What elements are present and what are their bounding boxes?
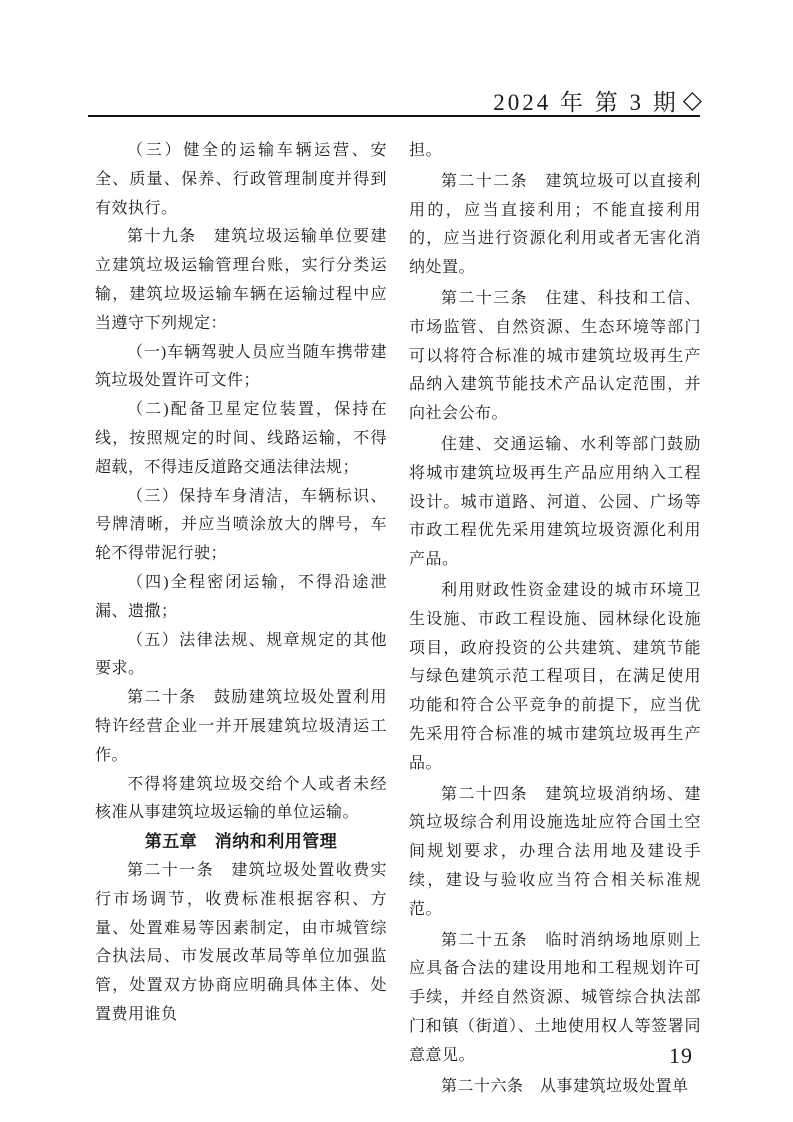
two-column-text-body: （三）健全的运输车辆运营、安全、质量、保养、行政管理制度并得到有效执行。 第十九… bbox=[95, 137, 701, 1103]
paragraph-article-25: 第二十五条 临时消纳场地原则上应具备合法的建设用地和工程规划许可手续，并经自然资… bbox=[409, 927, 701, 1071]
paragraph-article-20: 第二十条 鼓励建筑垃圾处置利用特许经营企业一并开展建筑垃圾清运工作。 bbox=[95, 684, 387, 770]
paragraph-article-26: 第二十六条 从事建筑垃圾处置单 bbox=[409, 1073, 701, 1102]
left-column: （三）健全的运输车辆运营、安全、质量、保养、行政管理制度并得到有效执行。 第十九… bbox=[95, 137, 387, 1103]
document-page: 2024 年 第 3 期 ◇ （三）健全的运输车辆运营、安全、质量、保养、行政管… bbox=[0, 0, 793, 1122]
paragraph-rule-2-gps: （二)配备卫星定位装置，保持在线，按照规定的时间、线路运输，不得超载，不得违反道… bbox=[95, 396, 387, 482]
paragraph-article-21-continuation: 担。 bbox=[409, 137, 701, 166]
paragraph-rule-1-driver-permit: （一)车辆驾驶人员应当随车携带建筑垃圾处置许可文件； bbox=[95, 339, 387, 397]
chapter-5-heading: 第五章 消纳和利用管理 bbox=[95, 828, 387, 857]
paragraph-article-20-continued: 不得将建筑垃圾交给个人或者未经核准从事建筑垃圾运输的单位运输。 bbox=[95, 771, 387, 829]
paragraph-rule-3-vehicle-clean: （三）保持车身清洁，车辆标识、号牌清晰，并应当喷涂放大的牌号，车轮不得带泥行驶； bbox=[95, 483, 387, 569]
paragraph-article-21: 第二十一条 建筑垃圾处置收费实行市场调节，收费标准根据容积、方量、处置难易等因素… bbox=[95, 857, 387, 1030]
right-column: 担。 第二十二条 建筑垃圾可以直接利用的，应当直接利用；不能直接利用的，应当进行… bbox=[409, 137, 701, 1103]
diamond-icon: ◇ bbox=[683, 88, 702, 113]
page-number: 19 bbox=[669, 1043, 693, 1069]
paragraph-article-22: 第二十二条 建筑垃圾可以直接利用的，应当直接利用；不能直接利用的，应当进行资源化… bbox=[409, 168, 701, 283]
paragraph-article-24: 第二十四条 建筑垃圾消纳场、建筑垃圾综合利用设施选址应符合国土空间规划要求，办理… bbox=[409, 781, 701, 925]
paragraph-article-23-encourage: 住建、交通运输、水利等部门鼓励将城市建筑垃圾再生产品应用纳入工程设计。城市道路、… bbox=[409, 431, 701, 575]
journal-issue-header: 2024 年 第 3 期 ◇ bbox=[493, 84, 702, 117]
issue-label: 2024 年 第 3 期 bbox=[493, 84, 679, 117]
paragraph-article-23-public-funds: 利用财政性资金建设的城市环境卫生设施、市政工程设施、园林绿化设施项目，政府投资的… bbox=[409, 577, 701, 779]
header-divider bbox=[88, 115, 700, 117]
paragraph-rule-5-other-requirements: （五）法律法规、规章规定的其他要求。 bbox=[95, 627, 387, 685]
paragraph-article-23: 第二十三条 住建、科技和工信、市场监管、自然资源、生态环境等部门可以将符合标准的… bbox=[409, 285, 701, 429]
paragraph-item-3-transport-system: （三）健全的运输车辆运营、安全、质量、保养、行政管理制度并得到有效执行。 bbox=[95, 137, 387, 223]
paragraph-rule-4-sealed-transport: （四)全程密闭运输，不得沿途泄漏、遗撒； bbox=[95, 569, 387, 627]
paragraph-article-19: 第十九条 建筑垃圾运输单位要建立建筑垃圾运输管理台账，实行分类运输，建筑垃圾运输… bbox=[95, 223, 387, 338]
